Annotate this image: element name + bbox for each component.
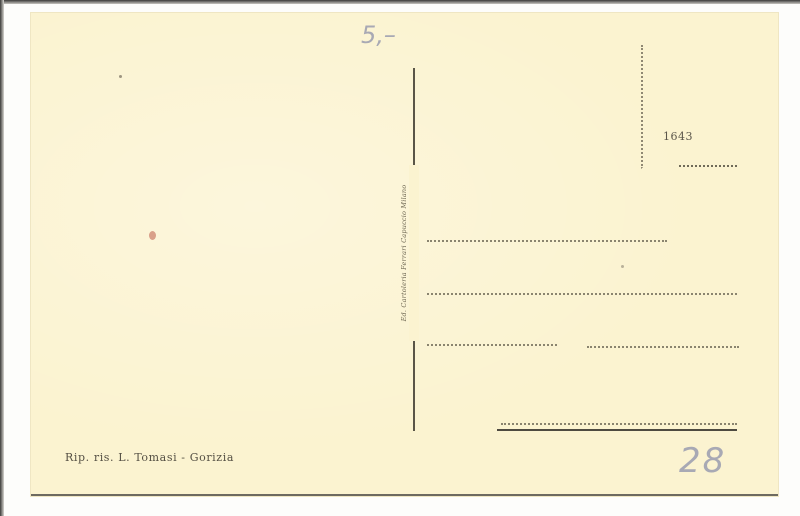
card-code-number: 1643 [663,130,693,143]
address-line-1 [427,240,667,242]
address-line-2 [427,293,737,295]
publisher-credit: Ed. Cartoleria Ferrari Capuccio Milano [400,185,408,322]
stamp-area-bottom-line [679,165,737,167]
address-line-4 [501,423,737,425]
scan-top-edge [0,0,800,4]
address-underline [497,429,737,431]
address-line-3b [587,346,739,348]
postcard-back: 5,– Ed. Cartoleria Ferrari Capuccio Mila… [31,13,778,496]
pencil-number-mark: 28 [679,441,726,481]
stain-spot [119,75,122,78]
stain-spot [149,231,156,240]
scan-left-edge [0,0,4,516]
address-line-3a [427,344,557,346]
pencil-price-mark: 5,– [361,21,396,49]
printer-credit: Rip. ris. L. Tomasi - Gorizia [65,451,234,464]
stain-spot [621,265,624,268]
stamp-area [641,45,739,169]
divider-gap [409,165,419,341]
